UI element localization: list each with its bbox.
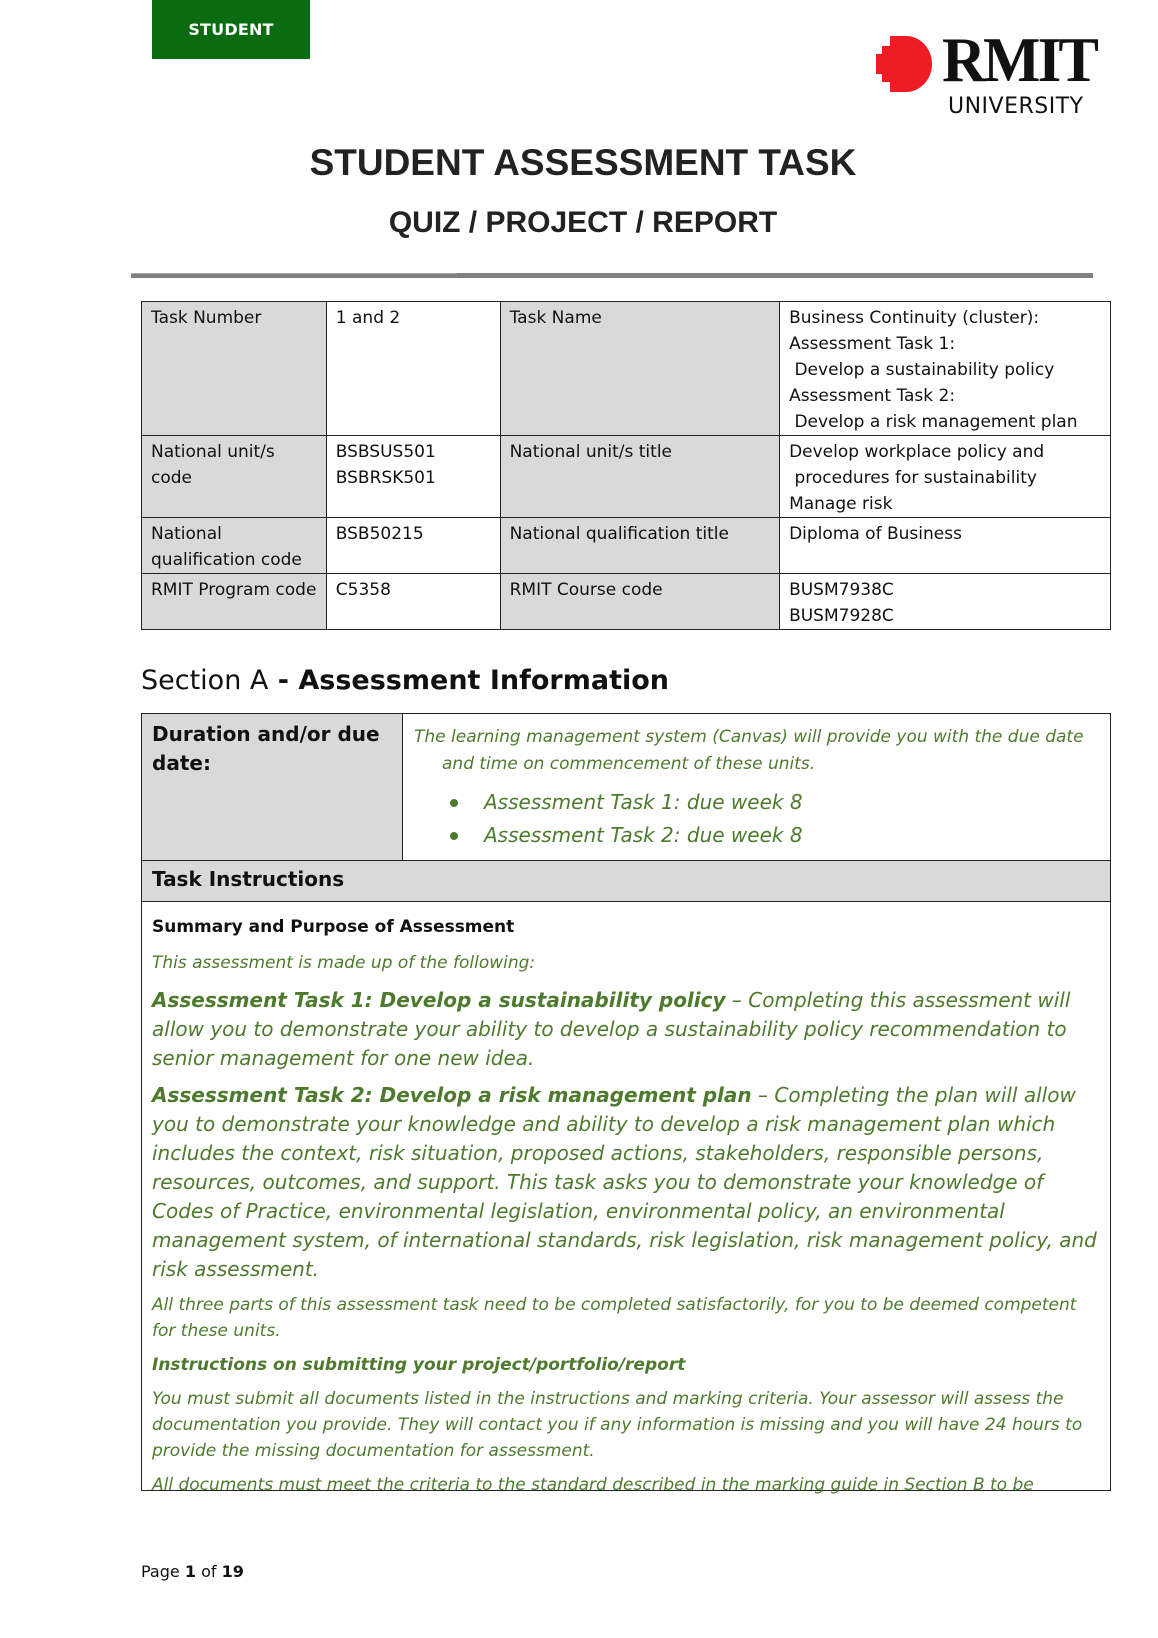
section-a-heading: Section A - Assessment Information [141, 665, 669, 696]
page-word: Page [141, 1562, 180, 1581]
info-value-line: procedures for sustainability [789, 465, 1101, 491]
duration-text-line: The learning management system (Canvas) … [414, 727, 1084, 747]
info-value-line: BSBSUS501 [336, 439, 491, 465]
info-value-cell: BUSM7938CBUSM7928C [780, 574, 1111, 630]
due-item: Assessment Task 1: due week 8 [414, 786, 1104, 819]
info-value-line: Business Continuity (cluster): [789, 305, 1101, 331]
info-label-cell: National unit/s code [142, 436, 327, 518]
info-value-line: Develop workplace policy and [789, 439, 1101, 465]
current-page: 1 [185, 1562, 196, 1581]
competence-note: All three parts of this assessment task … [152, 1292, 1102, 1344]
summary-heading: Summary and Purpose of Assessment [152, 914, 1102, 950]
section-prefix: Section A [141, 665, 268, 696]
info-value-line: 1 and 2 [336, 305, 491, 331]
intro-text: This assessment is made up of the follow… [152, 950, 1102, 976]
due-item-text: Assessment Task 1: due week 8 [484, 790, 803, 814]
rmit-logo: RMIT UNIVERSITY [876, 34, 1116, 124]
student-badge: STUDENT [152, 0, 310, 59]
duration-value: The learning management system (Canvas) … [414, 724, 1104, 852]
task1-title: Assessment Task 1: Develop a sustainabil… [152, 988, 726, 1012]
info-row: National qualification codeBSB50215Natio… [142, 518, 1111, 574]
task-instructions-header: Task Instructions [142, 861, 1110, 902]
criteria-text: All documents must meet the criteria to … [152, 1472, 1102, 1498]
info-label-cell: National qualification code [142, 518, 327, 574]
info-value-cell: 1 and 2 [326, 302, 500, 436]
bullet-icon [450, 799, 458, 807]
duration-label: Duration and/or due date: [142, 714, 403, 860]
info-value-cell: Business Continuity (cluster):Assessment… [780, 302, 1111, 436]
section-title: Assessment Information [298, 665, 669, 696]
info-value-line: Assessment Task 1: [789, 331, 1101, 357]
info-value-line: BSB50215 [336, 521, 491, 547]
task2-paragraph: Assessment Task 2: Develop a risk manage… [152, 1081, 1102, 1284]
due-item: Assessment Task 2: due week 8 [414, 819, 1104, 852]
info-value-line: Develop a sustainability policy [789, 357, 1101, 383]
info-value-cell: C5358 [326, 574, 500, 630]
info-label-cell: Task Name [500, 302, 779, 436]
info-value-line: Develop a risk management plan [789, 409, 1101, 435]
task1-paragraph: Assessment Task 1: Develop a sustainabil… [152, 986, 1102, 1073]
info-label-cell: RMIT Program code [142, 574, 327, 630]
info-label-cell: Task Number [142, 302, 327, 436]
info-value-cell: BSB50215 [326, 518, 500, 574]
duration-row: Duration and/or due date: The learning m… [142, 714, 1110, 861]
page-number: Page 1 of 19 [141, 1562, 244, 1581]
total-pages: 19 [222, 1562, 244, 1581]
task2-title: Assessment Task 2: Develop a risk manage… [152, 1083, 752, 1107]
info-value-line: BUSM7938C [789, 577, 1101, 603]
bullet-icon [450, 832, 458, 840]
submit-heading-text: Instructions on submitting your project/… [152, 1355, 685, 1375]
submit-text: You must submit all documents listed in … [152, 1386, 1102, 1464]
info-value-line: Manage risk [789, 491, 1101, 517]
logo-wordmark: RMIT [942, 28, 1096, 92]
info-label-cell: National unit/s title [500, 436, 779, 518]
of-word: of [201, 1562, 216, 1581]
info-value-cell: Develop workplace policy and procedures … [780, 436, 1111, 518]
assessment-info-table: Duration and/or due date: The learning m… [141, 713, 1111, 1491]
header-divider [131, 273, 1093, 278]
info-row: National unit/s codeBSBSUS501BSBRSK501Na… [142, 436, 1111, 518]
due-list: Assessment Task 1: due week 8 Assessment… [414, 786, 1104, 852]
document-title: STUDENT ASSESSMENT TASK [0, 142, 1158, 184]
info-value-line: BSBRSK501 [336, 465, 491, 491]
logo-subtitle: UNIVERSITY [948, 94, 1084, 119]
document-subtitle: QUIZ / PROJECT / REPORT [0, 206, 1158, 240]
info-value-line: Assessment Task 2: [789, 383, 1101, 409]
info-label-cell: National qualification title [500, 518, 779, 574]
task-instructions-body: Summary and Purpose of Assessment This a… [152, 914, 1102, 1498]
info-value-line: BUSM7928C [789, 603, 1101, 629]
info-row: RMIT Program codeC5358RMIT Course codeBU… [142, 574, 1111, 630]
due-item-text: Assessment Task 2: due week 8 [484, 823, 803, 847]
info-value-cell: Diploma of Business [780, 518, 1111, 574]
rmit-pixel-logo-icon [876, 36, 932, 92]
duration-text: The learning management system (Canvas) … [414, 724, 1104, 778]
duration-text-line: and time on commencement of these units. [414, 751, 1104, 778]
task2-text: – Completing the plan will allow you to … [152, 1083, 1097, 1281]
info-value-line: Diploma of Business [789, 521, 1101, 547]
submit-heading: Instructions on submitting your project/… [152, 1352, 1102, 1378]
info-label-cell: RMIT Course code [500, 574, 779, 630]
info-value-cell: BSBSUS501BSBRSK501 [326, 436, 500, 518]
info-value-line: C5358 [336, 577, 491, 603]
section-separator: - [268, 665, 298, 696]
info-row: Task Number1 and 2Task NameBusiness Cont… [142, 302, 1111, 436]
task-info-table: Task Number1 and 2Task NameBusiness Cont… [141, 301, 1111, 630]
